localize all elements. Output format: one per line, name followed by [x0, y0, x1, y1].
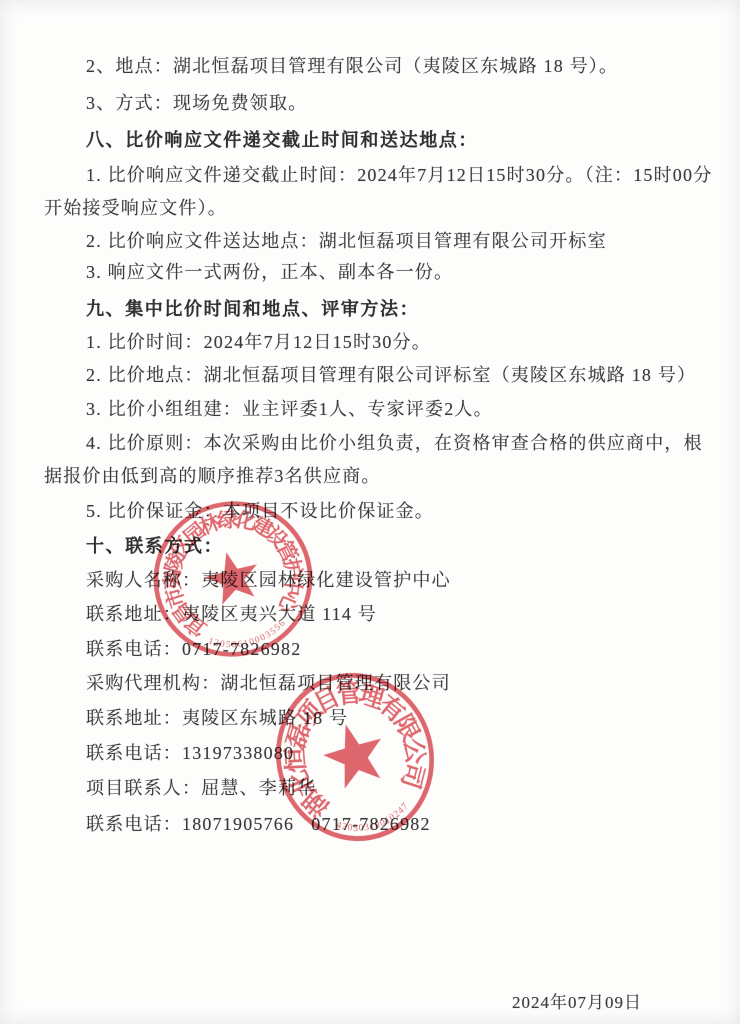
svg-text:5: 5: [268, 626, 278, 637]
project-contacts-line: 项目联系人：屈慧、李莉华: [86, 776, 316, 800]
svg-text:7: 7: [399, 801, 410, 813]
doc-line: 4. 比价原则：本次采购由比价小组负责，在资格审查合格的供应商中，根: [86, 431, 703, 455]
doc-line: 2. 比价地点：湖北恒磊项目管理有限公司评标室（夷陵区东城路 18 号）: [86, 363, 696, 387]
agency-name-line: 采购代理机构：湖北恒磊项目管理有限公司: [86, 671, 451, 695]
svg-text:有: 有: [374, 690, 410, 729]
svg-text:公: 公: [399, 737, 428, 766]
doc-line: 1. 比价时间：2024年7月12日15时30分。: [86, 330, 431, 354]
doc-line: 3、方式：现场免费领取。: [86, 91, 307, 115]
doc-line: 1. 比价响应文件递交截止时间：2024年7月12日15时30分。（注：15时0…: [86, 163, 712, 187]
document-page: 2、地点：湖北恒磊项目管理有限公司（夷陵区东城路 18 号）。 3、方式：现场免…: [0, 0, 740, 1024]
section-heading-8: 八、比价响应文件递交截止时间和送达地点：: [86, 128, 478, 152]
purchaser-phone-line: 联系电话：0717-7826982: [86, 637, 301, 661]
doc-line: 开始接受响应文件）。: [44, 196, 227, 220]
svg-text:管: 管: [272, 537, 303, 566]
agency-phone-line: 联系电话：13197338080: [86, 741, 294, 765]
section-heading-10: 十、联系方式：: [86, 534, 223, 558]
svg-text:司: 司: [396, 759, 428, 792]
svg-text:设: 设: [261, 523, 292, 554]
purchaser-address-line: 联系地址：夷陵区夷兴大道 114 号: [86, 602, 377, 626]
agency-address-line: 联系地址：夷陵区东城路 18 号: [86, 706, 348, 730]
svg-text:限: 限: [389, 710, 425, 746]
document-date: 2024年07月09日: [512, 991, 642, 1015]
section-heading-9: 九、集中比价时间和地点、评审方法：: [86, 297, 419, 321]
doc-line: 据报价由低到高的顺序推荐3名供应商。: [44, 464, 381, 488]
doc-line: 3. 比价小组组建：业主评委1人、专家评委2人。: [86, 397, 493, 421]
doc-line: 3. 响应文件一式两份，正本、副本各一份。: [86, 260, 453, 284]
doc-line: 2. 比价响应文件送达地点：湖北恒磊项目管理有限公司开标室: [86, 229, 607, 253]
contact-phones-line: 联系电话：18071905766 0717-7826982: [86, 812, 431, 836]
purchaser-name-line: 采购人名称：夷陵区园林绿化建设管护中心: [86, 568, 451, 592]
doc-line: 2、地点：湖北恒磊项目管理有限公司（夷陵区东城路 18 号）。: [86, 54, 618, 78]
doc-line: 5. 比价保证金：本项目不设比价保证金。: [86, 499, 434, 523]
